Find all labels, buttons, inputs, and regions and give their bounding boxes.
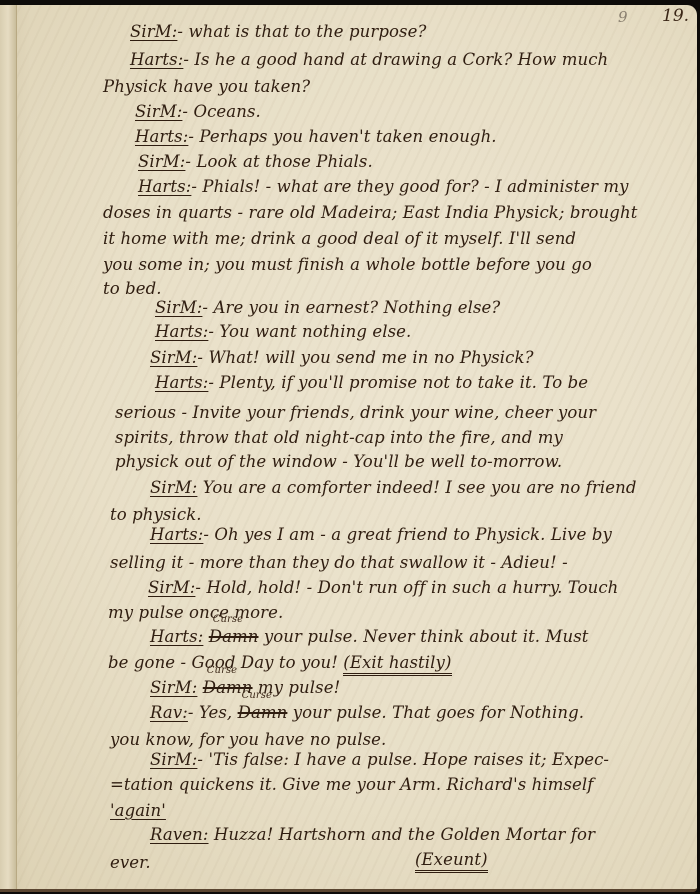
speaker-label: SirM:	[150, 750, 197, 769]
speaker-label: SirM:	[155, 298, 202, 317]
line-16: serious - Invite your friends, drink you…	[115, 403, 596, 422]
line-18: physick out of the window - You'll be we…	[115, 452, 562, 471]
line-31: =tation quickens it. Give me your Arm. R…	[110, 775, 593, 794]
line-19: SirM: You are a comforter indeed! I see …	[150, 478, 637, 497]
correction-text: Curse	[242, 690, 272, 701]
speaker-label: SirM:	[138, 152, 185, 171]
line-29: you know, for you have no pulse.	[110, 730, 386, 749]
speaker-label: Raven:	[150, 825, 209, 844]
line-text: - Hold, hold! - Don't run off in such a …	[195, 578, 618, 597]
line-15: Harts:- Plenty, if you'll promise not to…	[155, 373, 588, 392]
line-13: Harts:- You want nothing else.	[155, 322, 411, 341]
line-24: my pulse once more.	[108, 603, 283, 622]
line-text: - Is he a good hand at drawing a Cork? H…	[183, 50, 608, 69]
line-9: it home with me; drink a good deal of it…	[103, 229, 576, 248]
line-text: my pulse once more.	[108, 603, 283, 622]
struck-text: Damn	[209, 627, 259, 646]
line-6: SirM:- Look at those Phials.	[138, 152, 373, 171]
line-text: Huzza! Hartshorn and the Golden Mortar f…	[209, 825, 596, 844]
line-text: - Phials! - what are they good for? - I …	[191, 177, 628, 196]
line-5: Harts:- Perhaps you haven't taken enough…	[135, 127, 497, 146]
line-text: - Perhaps you haven't taken enough.	[188, 127, 496, 146]
exeunt-stage-direction: (Exeunt)	[415, 850, 488, 869]
line-23: SirM:- Hold, hold! - Don't run off in su…	[148, 578, 618, 597]
line-14: SirM:- What! will you send me in no Phys…	[150, 348, 534, 367]
struck-word: DamnCurse	[209, 627, 259, 646]
line-text: - What! will you send me in no Physick?	[197, 348, 533, 367]
line-text: - Plenty, if you'll promise not to take …	[208, 373, 588, 392]
speaker-label: Harts:	[150, 627, 203, 646]
quoted-word: 'again'	[110, 801, 166, 820]
line-30: SirM:- 'Tis false: I have a pulse. Hope …	[150, 750, 609, 769]
line-text: - Look at those Phials.	[185, 152, 372, 171]
speaker-label: SirM:	[130, 22, 177, 41]
line-prefix: - Yes,	[188, 703, 238, 722]
line-text: you some in; you must finish a whole bot…	[103, 255, 592, 274]
line-2: Harts:- Is he a good hand at drawing a C…	[130, 50, 608, 69]
line-text: to bed.	[103, 279, 162, 298]
line-text: - Are you in earnest? Nothing else?	[202, 298, 500, 317]
line-text: spirits, throw that old night-cap into t…	[115, 428, 563, 447]
correction-text: Curse	[213, 614, 243, 625]
line-text: to physick.	[110, 505, 202, 524]
line-25: Harts: DamnCurse your pulse. Never think…	[150, 627, 589, 646]
line-32: 'again'	[110, 801, 166, 820]
speaker-label: Harts:	[135, 127, 188, 146]
correction-text: Curse	[207, 665, 237, 676]
line-17: spirits, throw that old night-cap into t…	[115, 428, 563, 447]
line-text: You are a comforter indeed! I see you ar…	[197, 478, 636, 497]
speaker-label: Rav:	[150, 703, 188, 722]
speaker-label: SirM:	[148, 578, 195, 597]
line-text: doses in quarts - rare old Madeira; East…	[103, 203, 637, 222]
line-text: Physick have you taken?	[103, 77, 310, 96]
struck-word: DamnCurse	[238, 703, 288, 722]
line-28: Rav:- Yes, DamnCurse your pulse. That go…	[150, 703, 584, 722]
line-text: ever.	[110, 853, 151, 872]
line-text: =tation quickens it. Give me your Arm. R…	[110, 775, 593, 794]
stage-direction: (Exeunt)	[415, 850, 488, 873]
line-11: to bed.	[103, 279, 162, 298]
line-text: your pulse. Never think about it. Must	[258, 627, 588, 646]
line-text: physick out of the window - You'll be we…	[115, 452, 562, 471]
line-12: SirM:- Are you in earnest? Nothing else?	[155, 298, 500, 317]
line-text: - what is that to the purpose?	[177, 22, 426, 41]
line-10: you some in; you must finish a whole bot…	[103, 255, 592, 274]
speaker-label: SirM:	[135, 102, 182, 121]
manuscript-text: SirM:- what is that to the purpose? Hart…	[0, 0, 700, 894]
speaker-label: Harts:	[130, 50, 183, 69]
line-34: ever.	[110, 853, 151, 872]
line-text: it home with me; drink a good deal of it…	[103, 229, 576, 248]
speaker-label: SirM:	[150, 478, 197, 497]
line-7: Harts:- Phials! - what are they good for…	[138, 177, 629, 196]
speaker-label: SirM:	[150, 678, 197, 697]
speaker-label: Harts:	[155, 322, 208, 341]
line-text: - 'Tis false: I have a pulse. Hope raise…	[197, 750, 609, 769]
line-33: Raven: Huzza! Hartshorn and the Golden M…	[150, 825, 595, 844]
line-20: to physick.	[110, 505, 202, 524]
line-text: - You want nothing else.	[208, 322, 411, 341]
line-text: - Oceans.	[182, 102, 260, 121]
speaker-label: Harts:	[155, 373, 208, 392]
line-1: SirM:- what is that to the purpose?	[130, 22, 426, 41]
line-8: doses in quarts - rare old Madeira; East…	[103, 203, 637, 222]
struck-text: Damn	[238, 703, 288, 722]
line-26: be gone - Good Day to you! (Exit hastily…	[108, 653, 452, 672]
line-21: Harts:- Oh yes I am - a great friend to …	[150, 525, 612, 544]
line-text: selling it - more than they do that swal…	[110, 553, 568, 572]
line-text: serious - Invite your friends, drink you…	[115, 403, 596, 422]
line-3: Physick have you taken?	[103, 77, 310, 96]
speaker-label: Harts:	[150, 525, 203, 544]
stage-direction: (Exit hastily)	[343, 653, 451, 676]
line-22: selling it - more than they do that swal…	[110, 553, 568, 572]
line-text: your pulse. That goes for Nothing.	[287, 703, 584, 722]
line-text: - Oh yes I am - a great friend to Physic…	[203, 525, 612, 544]
line-text: you know, for you have no pulse.	[110, 730, 386, 749]
speaker-label: Harts:	[138, 177, 191, 196]
line-4: SirM:- Oceans.	[135, 102, 261, 121]
speaker-label: SirM:	[150, 348, 197, 367]
